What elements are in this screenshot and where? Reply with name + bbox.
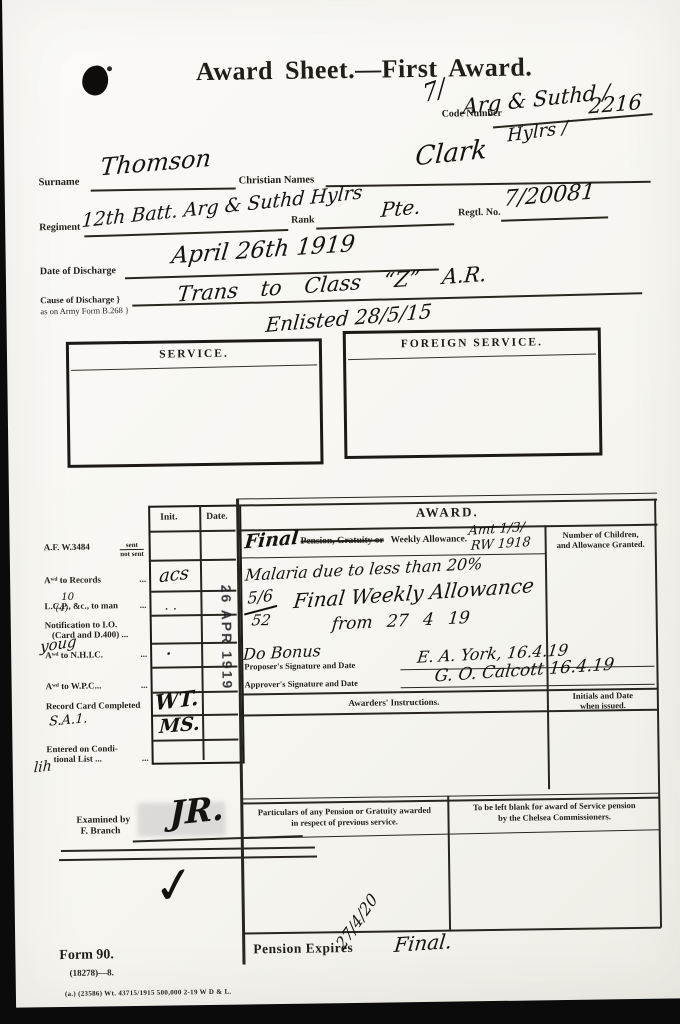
scanned-award-sheet: { "header": { "title": "Award Sheet.—Fir… xyxy=(0,0,680,1024)
printer-imprint-line: (a.) (23586) Wt. 43715/1915 500,000 2-19… xyxy=(65,988,232,998)
date-column-header: Date. xyxy=(206,512,228,522)
award-fraction-bottom-hw: 52 xyxy=(251,611,272,629)
children-header-line2: and Allowance Granted. xyxy=(549,539,653,550)
final-hw: Final xyxy=(244,527,300,554)
regiment-label: Regiment xyxy=(39,222,80,234)
init-nhic-hw: · xyxy=(166,646,171,662)
examined-by-label-line1: Examined by xyxy=(76,815,130,826)
regtl-no-value-hw: 7/20081 xyxy=(503,179,596,212)
rank-line xyxy=(316,223,454,229)
service-box-title: SERVICE. xyxy=(69,346,319,361)
surname-label: Surname xyxy=(39,177,80,189)
christian-names-line xyxy=(326,181,651,187)
conditional-list-label-line2: tional List ... xyxy=(54,753,102,764)
award-fraction-top-hw: 5/6 xyxy=(247,586,273,608)
awarders-underline xyxy=(240,709,658,716)
af3484-not-sent: not sent xyxy=(120,550,144,558)
surname-line xyxy=(91,188,236,192)
paper-sheet: Award Sheet.—First Award. Code Number 7/… xyxy=(2,0,680,1008)
chelsea-header-line2: by the Chelsea Commissioners. xyxy=(466,811,642,823)
foreign-service-box-rule xyxy=(348,353,596,360)
proposer-label: Proposer's Signature and Date xyxy=(244,660,355,672)
award-panel-right-border xyxy=(654,499,661,928)
checklist-row-wpc: Aʷᵈ to W.P.C... ... xyxy=(46,680,148,691)
margin-scrawl-10-hw: 10 xyxy=(61,592,74,603)
form-title: Award Sheet.—First Award. xyxy=(164,52,564,88)
af3484-sent: sent xyxy=(120,541,144,550)
records-dots: ... xyxy=(139,574,146,584)
code-number-hw-number: 2216 xyxy=(588,90,643,119)
init-column-header: Init. xyxy=(160,512,177,522)
approver-label: Approver's Signature and Date xyxy=(245,678,358,690)
init-record-card-hw: WT. xyxy=(155,685,199,715)
christian-names-label: Christian Names xyxy=(239,174,315,186)
service-box-rule xyxy=(71,364,317,371)
regtl-no-label: Regtl. No. xyxy=(458,207,501,219)
print-code: (18278)—8. xyxy=(70,967,114,978)
pension-expires-hw-date: 27/4/20 xyxy=(332,889,381,953)
foreign-service-box-title: FOREIGN SERVICE. xyxy=(346,335,598,351)
ink-speck xyxy=(107,66,112,71)
record-card-label: Record Card Completed xyxy=(46,700,141,711)
discharge-date-value-hw: April 26th 1919 xyxy=(170,231,356,269)
records-label: Aʷᵈ to Records xyxy=(44,574,101,585)
margin-scrawl-4-hw: (4) xyxy=(55,604,68,614)
init-lcp-hw: . . xyxy=(164,598,177,613)
conditional-list-row2: tional List ... ... xyxy=(54,753,149,764)
regtl-no-line xyxy=(501,216,608,221)
code-number-hw-line2: Hylrs / xyxy=(507,117,568,147)
examined-by-signature-hw: JR. xyxy=(169,788,223,833)
checklist-row-records: Aʷᵈ to Records ... xyxy=(44,574,146,585)
cause-label-line2: as on Army Form B.268 } xyxy=(40,305,129,316)
wpc-label: Aʷᵈ to W.P.C... xyxy=(46,680,102,691)
rank-value-hw: Pte. xyxy=(380,194,422,222)
surname-value-hw: Thomson xyxy=(99,144,212,182)
af3484-sent-fraction: sent not sent xyxy=(120,541,144,558)
code-number-flourish-hw: 7/ xyxy=(421,73,447,109)
weekly-allowance-label: Weekly Allowance. xyxy=(391,534,468,545)
ink-blot xyxy=(82,65,108,95)
init-records-hw: acs xyxy=(159,563,190,588)
particulars-header-line2: in respect of previous service. xyxy=(256,816,432,828)
date-received-stamp: 26 APR 1919 xyxy=(218,585,235,691)
pension-expires-hw-final: Final. xyxy=(393,929,453,957)
form-number: Form 90. xyxy=(59,947,114,964)
sa1-annotation-hw: S.A.1. xyxy=(49,711,88,729)
discharge-date-label: Date of Discharge xyxy=(40,265,116,277)
award-panel-top-rule-1 xyxy=(237,493,657,500)
service-box: SERVICE. xyxy=(66,338,324,468)
lcp-dots: ... xyxy=(140,600,147,610)
examined-by-label-line2: F. Branch xyxy=(81,826,121,837)
particulars-divider xyxy=(447,796,450,931)
checkmark-hw: ✓ xyxy=(149,854,199,918)
conditional-list-dots: ... xyxy=(142,753,149,763)
foreign-service-box: FOREIGN SERVICE. xyxy=(343,327,603,459)
wpc-dots: ... xyxy=(141,680,148,690)
nhic-dots: ... xyxy=(140,649,147,659)
form-content: Award Sheet.—First Award. Code Number 7/… xyxy=(2,0,680,1008)
left-section-rule-1 xyxy=(61,846,315,851)
christian-names-value-hw: Clark xyxy=(414,135,488,173)
amt-hw-line2: RW 1918 xyxy=(470,535,531,554)
cause-label-line1: Cause of Discharge } xyxy=(40,294,120,305)
particulars-header-underline xyxy=(242,829,660,839)
awarders-instructions-label: Awarders' Instructions. xyxy=(240,695,548,709)
init-ms-hw: MS. xyxy=(159,713,201,739)
struck-pension-gratuity-label: Pension, Gratuity or xyxy=(301,536,384,547)
margin-scrawl-lih-hw: lih xyxy=(33,758,52,776)
af3484-label: A.F. W.3484 xyxy=(44,542,90,560)
rank-label: Rank xyxy=(291,214,315,225)
award-body-hw-line3: from 27 4 19 xyxy=(331,608,471,635)
checklist-row-af3484: A.F. W.3484 sent not sent xyxy=(44,541,144,559)
regiment-line xyxy=(84,229,288,237)
